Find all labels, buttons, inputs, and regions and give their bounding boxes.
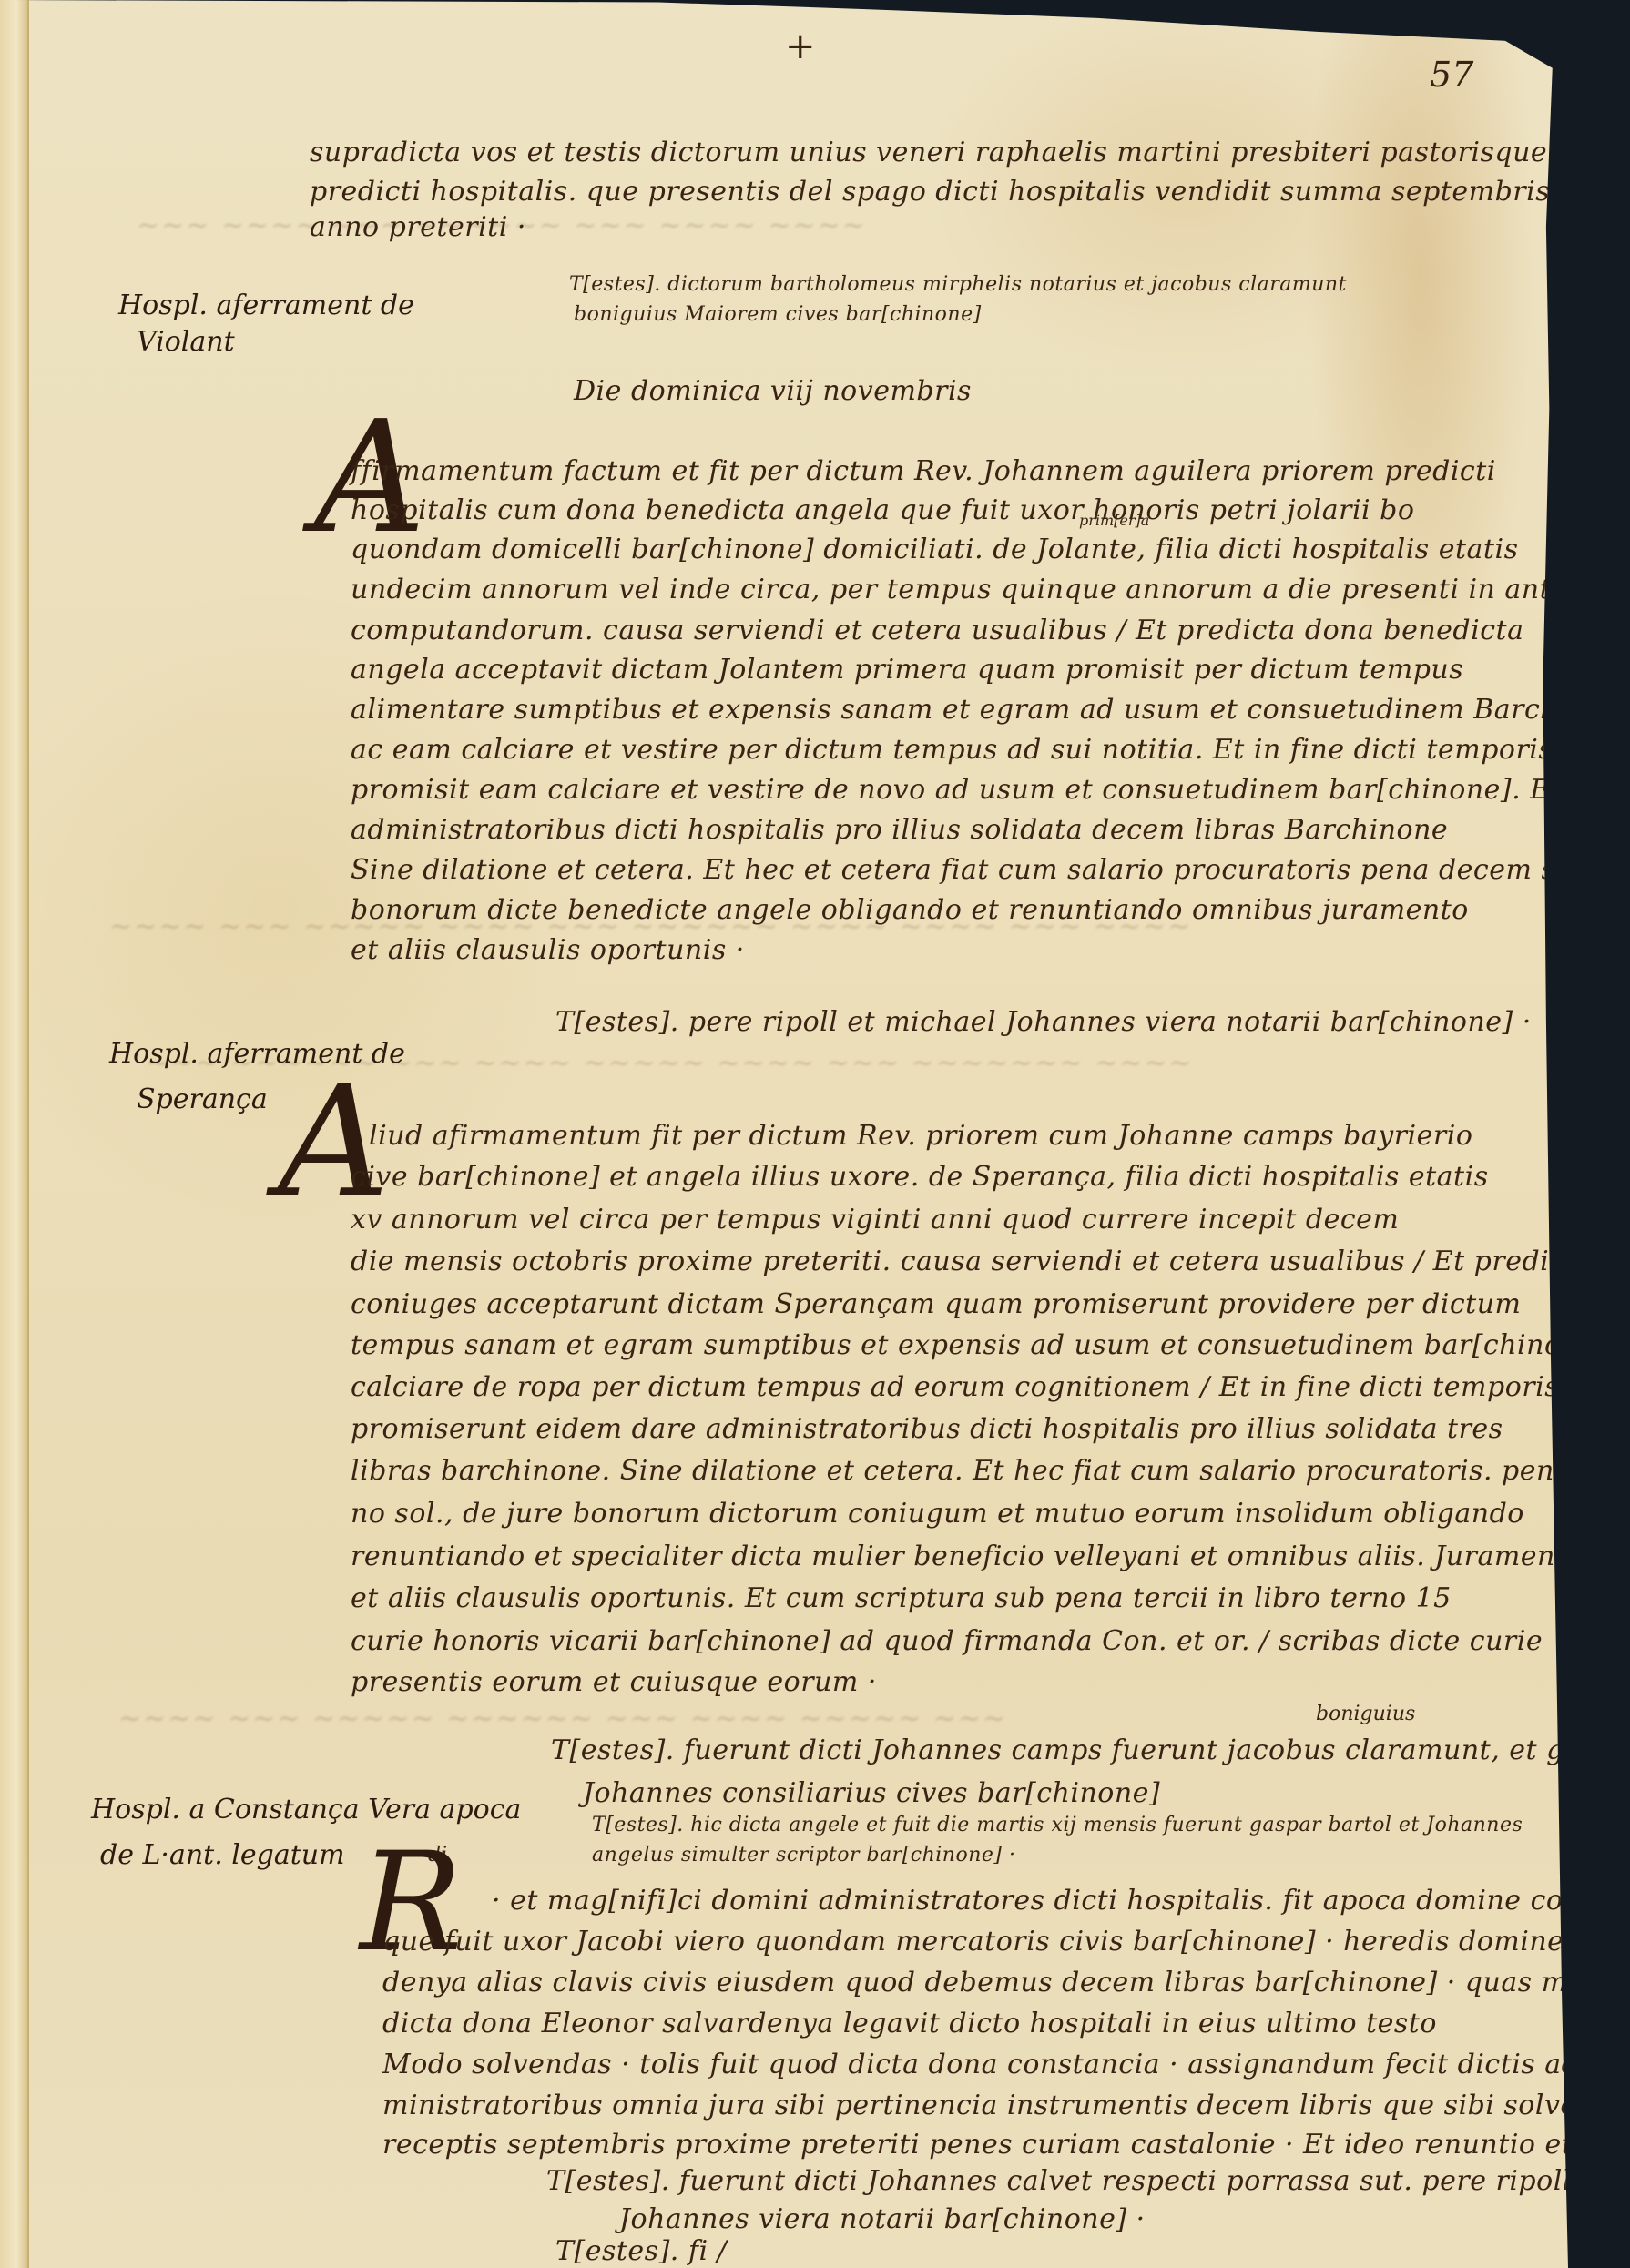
body-line: calciare de ropa per dictum tempus ad eo… — [351, 1371, 1559, 1403]
witnesses-line: T[estes]. dictorum bartholomeus mirpheli… — [569, 273, 1347, 296]
body-line: computandorum. causa serviendi et cetera… — [351, 615, 1523, 646]
date-heading: Die dominica viij novembris — [574, 375, 972, 407]
witnesses-line: T[estes]. hic dicta angele et fuit die m… — [592, 1814, 1523, 1836]
body-line: tempus sanam et egram sumptibus et expen… — [351, 1329, 1630, 1361]
body-line: · et mag[nifi]ci domini administratores … — [492, 1885, 1630, 1917]
body-line: et aliis clausulis oportunis. Et cum scr… — [351, 1582, 1452, 1614]
body-line: libras barchinone. Sine dilatione et cet… — [351, 1455, 1615, 1487]
witnesses-line: T[estes]. pere ripoll et michael Johanne… — [555, 1006, 1532, 1038]
margin-note: Hospl. a Constança Vera apoca — [91, 1794, 521, 1826]
opening-line: predicti hospitalis. que presentis del s… — [310, 176, 1550, 208]
interlinear-note: boniguius — [1316, 1703, 1415, 1725]
witnesses-line: angelus simulter scriptor bar[chinone] · — [592, 1844, 1015, 1866]
closing-witnesses-line: Johannes viera notarii bar[chinone] · — [619, 2203, 1146, 2235]
body-line: promisit eam calciare et vestire de novo… — [351, 774, 1630, 806]
body-line: dicta dona Eleonor salvardenya legavit d… — [382, 2008, 1437, 2039]
body-line: die mensis octobris proxime preteriti. c… — [351, 1246, 1585, 1277]
body-line: undecim annorum vel inde circa, per temp… — [351, 574, 1584, 605]
manuscript-page: ~~~ ~~~~ ~~~ ~~~~~~ ~~~ ~~~~ ~~~~ ~~~~ ~… — [0, 0, 1568, 2268]
body-line: et aliis clausulis oportunis · — [351, 934, 745, 966]
body-line: curie honoris vicarii bar[chinone] ad qu… — [351, 1625, 1543, 1657]
body-line: xv annorum vel circa per tempus viginti … — [351, 1204, 1399, 1236]
witnesses-line: boniguius Maiorem cives bar[chinone] — [574, 303, 982, 326]
margin-note: Violant — [137, 326, 235, 358]
body-line: hospitalis cum dona benedicta angela que… — [351, 494, 1414, 526]
body-line: ffirmamentum factum et fit per dictum Re… — [351, 455, 1496, 487]
margin-note: Hospl. aferrament de — [118, 290, 414, 321]
witnesses-line: T[estes]. fuerunt dicti Johannes camps f… — [551, 1734, 1630, 1766]
body-line: Sine dilatione et cetera. Et hec et cete… — [351, 854, 1630, 886]
body-line: quondam domicelli bar[chinone] domicilia… — [351, 534, 1518, 565]
final-mark: T[estes]. fi / — [555, 2235, 727, 2267]
body-line: renuntiando et specialiter dicta mulier … — [351, 1541, 1584, 1572]
body-line: denya alias clavis civis eiusdem quod de… — [382, 1967, 1630, 1998]
cross-mark: + — [785, 25, 816, 67]
margin-note: Sperança — [137, 1083, 268, 1115]
body-line: Modo solvendas · tolis fuit quod dicta d… — [382, 2049, 1630, 2080]
opening-line: anno preteriti · — [310, 211, 526, 243]
body-line: receptis septembris proxime preteriti pe… — [382, 2129, 1630, 2161]
body-line: ministratoribus omnia jura sibi pertinen… — [382, 2090, 1630, 2121]
closing-witnesses-line: T[estes]. fuerunt dicti Johannes calvet … — [546, 2165, 1630, 2197]
body-line: administratoribus dicti hospitalis pro i… — [351, 814, 1448, 846]
body-line: coniuges acceptarunt dictam Sperançam qu… — [351, 1288, 1521, 1320]
body-line: no sol., de jure bonorum dictorum coniug… — [351, 1498, 1524, 1530]
body-line: angela acceptavit dictam Jolantem primer… — [351, 654, 1463, 686]
opening-line: supradicta vos et testis dictorum unius … — [310, 137, 1547, 168]
body-line: presentis eorum et cuiusque eorum · — [351, 1666, 877, 1698]
ink-bleed: ~~~~ ~~~ ~~~~~ ~~~~~~ ~~~ ~~~~ ~~~~~ ~~~ — [118, 1703, 1007, 1734]
body-line: bonorum dicte benedicte angele obligando… — [351, 894, 1469, 926]
witnesses-line: Johannes consiliarius cives bar[chinone] — [583, 1777, 1160, 1809]
body-line: que fuit uxor Jacobi viero quondam merca… — [382, 1926, 1630, 1958]
body-line: liud afirmamentum fit per dictum Rev. pr… — [369, 1120, 1472, 1152]
page-binding-edge — [0, 0, 29, 2268]
body-line: alimentare sumptibus et expensis sanam e… — [351, 694, 1630, 726]
body-line: ac eam calciare et vestire per dictum te… — [351, 734, 1553, 766]
margin-note: de L·ant. legatum — [100, 1839, 345, 1871]
body-line: cive bar[chinone] et angela illius uxore… — [351, 1161, 1489, 1193]
body-line: promiserunt eidem dare administratoribus… — [351, 1413, 1503, 1445]
folio-number: 57 — [1430, 55, 1473, 95]
